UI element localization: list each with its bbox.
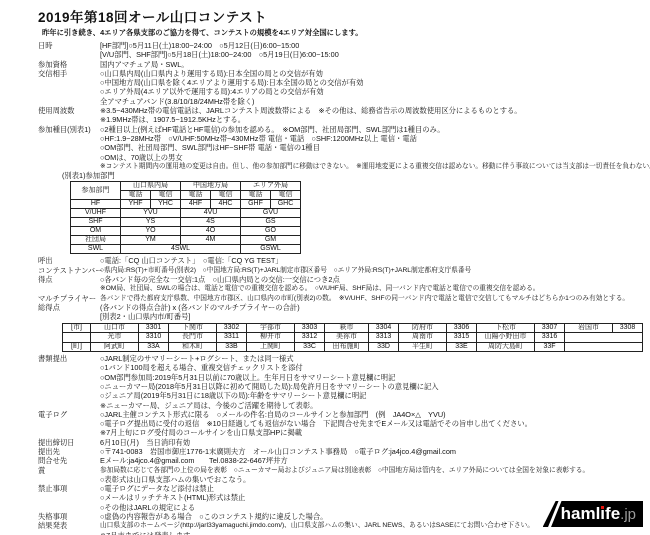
section-line: ※OM局、社団局、SWLの場合は、電話と電信での重複交信を認める。 ○V/UHF… — [100, 284, 648, 293]
table-cell: 山口市 — [91, 323, 139, 333]
table-cell: YVU — [121, 209, 181, 218]
section-label: 電子ログ — [38, 410, 100, 419]
table-cell: 3306 — [447, 323, 477, 333]
table-row-label: V/UHF — [71, 209, 121, 218]
table-cell: YS — [121, 218, 181, 227]
section-line: ※7月末までには発表します。 — [100, 531, 648, 535]
table-row: [市]山口市3301下関市3302宇部市3303萩市3304防府市3306下松市… — [63, 323, 643, 333]
table-cell: 阿武町 — [91, 342, 139, 352]
table-cell: 33D — [369, 342, 399, 352]
table-cell: 3304 — [369, 323, 399, 333]
section-line: ○1バンド100局を超える場合、重複交信チェックリストを添付 — [100, 363, 648, 372]
table-cell: 周南市 — [399, 333, 447, 343]
section-line: 各バンドで得た都府支庁県数、中国地方市郡区、山口県内の市町(別表2)の数。 ※V… — [100, 294, 648, 303]
table-cell: 3302 — [217, 323, 247, 333]
section-label: 提出締切日 — [38, 438, 100, 447]
table-cell: 3311 — [217, 333, 247, 343]
table-cell — [63, 333, 91, 343]
entry-classes-table: 参加部門山口県内局中国地方局エリア外局電話電信電話電信電話電信HFYHFYHC4… — [70, 181, 301, 254]
table-cell: 平生町 — [399, 342, 447, 352]
table-cell: 上関町 — [247, 342, 295, 352]
section-content: ○山口県内局(山口県内より運用する局):日本全国の局との交信が有効○中国地方局(… — [100, 69, 648, 106]
table-cell: 3303 — [295, 323, 325, 333]
section-line: ○表彰式は山口県支部ハムの集いでおこなう。 — [100, 475, 648, 484]
section-label: 日時 — [38, 41, 100, 50]
section-line: ※7月上旬にログ受付局のコールサインを山口県支部HPに掲載 — [100, 428, 648, 437]
table-cell: 3315 — [447, 333, 477, 343]
table-cell: 3301 — [139, 323, 169, 333]
city-codes-table: [市]山口市3301下関市3302宇部市3303萩市3304防府市3306下松市… — [62, 323, 643, 353]
table-cell: YM — [121, 236, 181, 245]
table-cell: 岩国市 — [565, 323, 613, 333]
table-cell: 周防大島町 — [477, 342, 535, 352]
table-cell: 光市 — [91, 333, 139, 343]
section-row: マルチプライヤー各バンドで得た都府支庁県数、中国地方市郡区、山口県内の市町(別表… — [38, 294, 648, 303]
table-cell: 和木町 — [169, 342, 217, 352]
section-row: 参加資格国内アマチュア局・SWL。 — [38, 60, 648, 69]
section-line: Eメール:ja4jco.4@gmail.com Tel.0838-22-6467… — [100, 456, 648, 465]
table-cell: 柳井市 — [247, 333, 295, 343]
table-cell: [市] — [63, 323, 91, 333]
section-content: ○JARL制定のサマリーシート+ログシート、または同一様式○1バンド100局を超… — [100, 354, 648, 410]
section-line: ※1.9MHz帯は、1907.5~1912.5KHzとする。 — [100, 115, 648, 124]
table-cell: YHF — [121, 200, 151, 209]
table-cell: GO — [241, 227, 301, 236]
section-line: (各バンドの得点合計) x (各バンドのマルチプライヤーの合計) — [100, 303, 648, 312]
table-cell: 4M — [181, 236, 241, 245]
table-cell: 33A — [139, 342, 169, 352]
table-header-cell: 電信 — [271, 191, 301, 200]
page-subtitle: 昨年に引き続き、4エリア各県支部のご協力を得て、コンテストの規模を4エリア対全国… — [42, 28, 648, 38]
table-cell: 33E — [447, 342, 477, 352]
section-line: ○OM部門参加局:2019年5月31日以前に70歳以上。生年月日をサマリーシート… — [100, 373, 648, 382]
section-line: ○電子ログにデータなど添付は禁止 — [100, 484, 648, 493]
section-line: ○電子ログ提出局に受付の返信 ※10日経過しても返信がない場合 下記問合せ先まで… — [100, 419, 648, 428]
table-row: SWL4SWLGSWL — [71, 245, 301, 254]
table-cell: 33F — [535, 342, 565, 352]
table-header-cell: 電信 — [211, 191, 241, 200]
table-cell: [町] — [63, 342, 91, 352]
table-cell — [565, 342, 643, 352]
table-cell: 田布施町 — [325, 342, 369, 352]
section-line: ○電話:「CQ 山口コンテスト」 ○電信:「CQ YG TEST」 — [100, 256, 648, 265]
table-cell: 4SWL — [121, 245, 241, 254]
table-header-cell: 参加部門 — [71, 182, 121, 200]
section-row: 参加種目(別表1)○2種目以上(例えばHF電話とHF電信)の参加を認める。 ※O… — [38, 125, 648, 257]
logo-tld-text: .jp — [620, 506, 636, 523]
section-line: ○エリア外局(4エリア以外で運用する局):4エリアの局との交信が有効 — [100, 87, 648, 96]
section-label: マルチプライヤー — [38, 294, 100, 303]
table-row: [町]阿武町33A和木町33B上関町33C田布施町33D平生町33E周防大島町3… — [63, 342, 643, 352]
section-content: (各バンドの得点合計) x (各バンドのマルチプライヤーの合計)[別表2・山口県… — [100, 303, 648, 354]
table-cell: GHC — [271, 200, 301, 209]
section-row: 賞参加局数に応じて各部門の上位の局を表彰 ○ニューカマー局およびジュニア局は別途… — [38, 466, 648, 485]
table-caption: [別表2・山口県内市/町番号] — [100, 312, 648, 321]
table-cell: 3310 — [139, 333, 169, 343]
section-line: ○ジュニア局(2019年5月31日に18歳以下の局):年齢をサマリーシート意見欄… — [100, 391, 648, 400]
table-cell: 防府市 — [399, 323, 447, 333]
section-line: 国内アマチュア局・SWL。 — [100, 60, 648, 69]
section-content: ○2種目以上(例えばHF電話とHF電信)の参加を認める。 ※OM部門、社団局部門… — [100, 125, 648, 257]
section-label: 禁止事項 — [38, 484, 100, 493]
table-cell: 下関市 — [169, 323, 217, 333]
section-row: 得点○各バンド毎の完全な一交信:1点 ○山口県内局との交信:一交信につき2点※O… — [38, 275, 648, 294]
section-line: ※ニューカマー局、ジュニア局は、今後のご活躍を期待して表彰。 — [100, 401, 648, 410]
table-row-label: OM — [71, 227, 121, 236]
hamlife-logo: hamlıfe.jp — [543, 501, 643, 527]
section-content: Eメール:ja4jco.4@gmail.com Tel.0838-22-6467… — [100, 456, 648, 465]
table-header-cell: 電話 — [241, 191, 271, 200]
table-row: V/UHFYVU4VUGVU — [71, 209, 301, 218]
section-line: ○中国地方局(山口県を除く4エリアより運用する局):日本全国の局との交信が有効 — [100, 78, 648, 87]
section-label: 参加資格 — [38, 60, 100, 69]
section-content: 6月10日(月) 当日消印有効 — [100, 438, 648, 447]
section-label: 賞 — [38, 466, 100, 475]
section-label: 総得点 — [38, 303, 100, 312]
table-cell: 3316 — [535, 333, 565, 343]
table-cell: 宇部市 — [247, 323, 295, 333]
table-cell: GVU — [241, 209, 301, 218]
table-row: HFYHFYHC4HF4HCGHFGHC — [71, 200, 301, 209]
section-line: ○OM部門、社団局部門、SWL部門はHF~SHF帯 電話・電信の1種目 — [100, 143, 648, 152]
section-line: ○HF:1.9~28MHz帯 ○V/UHF:50MHz帯~430MHz帯 電信・… — [100, 134, 648, 143]
table-row: 光市3310長門市3311柳井市3312美祢市3313周南市3315山陽小野田市… — [63, 333, 643, 343]
table-cell: 3313 — [369, 333, 399, 343]
section-line: ○JARL制定のサマリーシート+ログシート、または同一様式 — [100, 354, 648, 363]
section-label: 参加種目(別表1) — [38, 125, 100, 134]
section-row: 書類提出○JARL制定のサマリーシート+ログシート、または同一様式○1バンド10… — [38, 354, 648, 410]
section-row: 電子ログ○JARL主催コンテスト形式に限る ○メールの件名:自局のコールサインと… — [38, 410, 648, 438]
table-cell: 4HF — [181, 200, 211, 209]
logo-letter-i: ı — [600, 505, 605, 522]
table-row-label: SHF — [71, 218, 121, 227]
table-cell: YO — [121, 227, 181, 236]
section-line: [V/U部門、SHF部門]○5月18日(土)18:00~24:00 ○5月19日… — [100, 50, 648, 59]
section-row: 総得点(各バンドの得点合計) x (各バンドのマルチプライヤーの合計)[別表2・… — [38, 303, 648, 354]
section-line: ※コンテスト期間内の運用地の変更は自由。但し、他の参加部門に移動はできない。 ※… — [100, 162, 648, 171]
section-content: 参加局数に応じて各部門の上位の局を表彰 ○ニューカマー局およびジュニア局は別途表… — [100, 466, 648, 485]
section-line: 参加局数に応じて各部門の上位の局を表彰 ○ニューカマー局およびジュニア局は別途表… — [100, 466, 648, 475]
section-line: ○山口県内局(山口県内より運用する局):日本全国の局との交信が有効 — [100, 69, 648, 78]
table-row-label: SWL — [71, 245, 121, 254]
table-cell: 下松市 — [477, 323, 535, 333]
section-line: ○2種目以上(例えばHF電話とHF電信)の参加を認める。 ※OM部門、社団局部門… — [100, 125, 648, 134]
section-label: 失格事項 — [38, 512, 100, 521]
section-line: 全アマチュアバンド(3.8/10/18/24MHz帯を除く) — [100, 97, 648, 106]
section-content: ○電話:「CQ 山口コンテスト」 ○電信:「CQ YG TEST」 — [100, 256, 648, 265]
table-header-cell: エリア外局 — [241, 182, 301, 191]
table-header-cell: 電話 — [121, 191, 151, 200]
section-line: ○ニューカマー局(2018年5月31日以降に初めて開局した局):局免許月日をサマ… — [100, 382, 648, 391]
section-line: ※3.5~430MHz帯の電信電話は、JARLコンテスト周波数帯による ※その他… — [100, 106, 648, 115]
section-content: 各バンドで得た都府支庁県数、中国地方市郡区、山口県内の市町(別表2)の数。 ※V… — [100, 294, 648, 303]
table-row: SHFYS4SGS — [71, 218, 301, 227]
table-cell: 33C — [295, 342, 325, 352]
table-cell: 萩市 — [325, 323, 369, 333]
table-cell: GHF — [241, 200, 271, 209]
table-row: 社団局YM4MGM — [71, 236, 301, 245]
table-cell: 4O — [181, 227, 241, 236]
rules-sections: 日時[HF部門]○5月11日(土)18:00~24:00 ○5月12日(日)6:… — [38, 41, 648, 535]
table-row: OMYO4OGO — [71, 227, 301, 236]
table-header-cell: 電信 — [151, 191, 181, 200]
table-cell: 美祢市 — [325, 333, 369, 343]
section-content: ※3.5~430MHz帯の電信電話は、JARLコンテスト周波数帯による ※その他… — [100, 106, 648, 125]
table-cell: 長門市 — [169, 333, 217, 343]
section-row: 呼出○電話:「CQ 山口コンテスト」 ○電信:「CQ YG TEST」 — [38, 256, 648, 265]
table-cell: 3307 — [535, 323, 565, 333]
table-header-cell: 電話 — [181, 191, 211, 200]
section-line: ○各バンド毎の完全な一交信:1点 ○山口県内局との交信:一交信につき2点 — [100, 275, 648, 284]
section-content: ○〒741-0083 岩国市御庄1776-1末廣則夫方 オール山口コンテスト事務… — [100, 447, 648, 456]
section-label: 交信相手 — [38, 69, 100, 78]
section-line: ○OMは、70歳以上の男女 — [100, 153, 648, 162]
table-cell: YHC — [151, 200, 181, 209]
section-row: 日時[HF部門]○5月11日(土)18:00~24:00 ○5月12日(日)6:… — [38, 41, 648, 60]
table-header-cell: 中国地方局 — [181, 182, 241, 191]
section-label: コンテストナンバー — [38, 266, 100, 275]
table-cell: 3312 — [295, 333, 325, 343]
table-cell: 4HC — [211, 200, 241, 209]
table-cell: 山陽小野田市 — [477, 333, 535, 343]
table-caption: (別表1)参加部門 — [62, 171, 648, 180]
table-cell: GSWL — [241, 245, 301, 254]
section-row: 交信相手○山口県内局(山口県内より運用する局):日本全国の局との交信が有効○中国… — [38, 69, 648, 106]
table-row-label: 社団局 — [71, 236, 121, 245]
section-row: 使用周波数※3.5~430MHz帯の電信電話は、JARLコンテスト周波数帯による… — [38, 106, 648, 125]
section-content: ○各バンド毎の完全な一交信:1点 ○山口県内局との交信:一交信につき2点※OM局… — [100, 275, 648, 294]
section-label: 使用周波数 — [38, 106, 100, 115]
section-content: ○県内局:RS(T)+市町番号(別表2) ○中国地方局:RS(T)+JARL制定… — [100, 266, 648, 275]
section-label: 結果発表 — [38, 521, 100, 530]
section-label: 問合せ先 — [38, 456, 100, 465]
section-line: ○JARL主催コンテスト形式に限る ○メールの件名:自局のコールサインと参加部門… — [100, 410, 648, 419]
section-content: ○JARL主催コンテスト形式に限る ○メールの件名:自局のコールサインと参加部門… — [100, 410, 648, 438]
table-cell: 33B — [217, 342, 247, 352]
section-row: 問合せ先Eメール:ja4jco.4@gmail.com Tel.0838-22-… — [38, 456, 648, 465]
section-line: ○〒741-0083 岩国市御庄1776-1末廣則夫方 オール山口コンテスト事務… — [100, 447, 648, 456]
section-line: 6月10日(月) 当日消印有効 — [100, 438, 648, 447]
table-header-cell: 山口県内局 — [121, 182, 181, 191]
logo-brand-text: hamlıfe — [561, 504, 621, 523]
section-line: [HF部門]○5月11日(土)18:00~24:00 ○5月12日(日)6:00… — [100, 41, 648, 50]
section-label: 書類提出 — [38, 354, 100, 363]
table-cell: 4VU — [181, 209, 241, 218]
table-cell: GM — [241, 236, 301, 245]
table-row: 参加部門山口県内局中国地方局エリア外局 — [71, 182, 301, 191]
section-label: 呼出 — [38, 256, 100, 265]
section-row: コンテストナンバー○県内局:RS(T)+市町番号(別表2) ○中国地方局:RS(… — [38, 266, 648, 275]
table-cell: 3308 — [613, 323, 643, 333]
contest-rules-page: 2019年第18回オール山口コンテスト 昨年に引き続き、4エリア各県支部のご協力… — [0, 0, 650, 535]
section-content: [HF部門]○5月11日(土)18:00~24:00 ○5月12日(日)6:00… — [100, 41, 648, 60]
table-cell: 4S — [181, 218, 241, 227]
section-row: 提出締切日6月10日(月) 当日消印有効 — [38, 438, 648, 447]
page-title: 2019年第18回オール山口コンテスト — [38, 6, 648, 26]
section-label: 提出先 — [38, 447, 100, 456]
section-line: ○県内局:RS(T)+市町番号(別表2) ○中国地方局:RS(T)+JARL制定… — [100, 266, 648, 275]
table-cell — [565, 333, 643, 343]
table-cell: GS — [241, 218, 301, 227]
section-label: 得点 — [38, 275, 100, 284]
section-content: 国内アマチュア局・SWL。 — [100, 60, 648, 69]
section-row: 提出先○〒741-0083 岩国市御庄1776-1末廣則夫方 オール山口コンテス… — [38, 447, 648, 456]
table-row-label: HF — [71, 200, 121, 209]
